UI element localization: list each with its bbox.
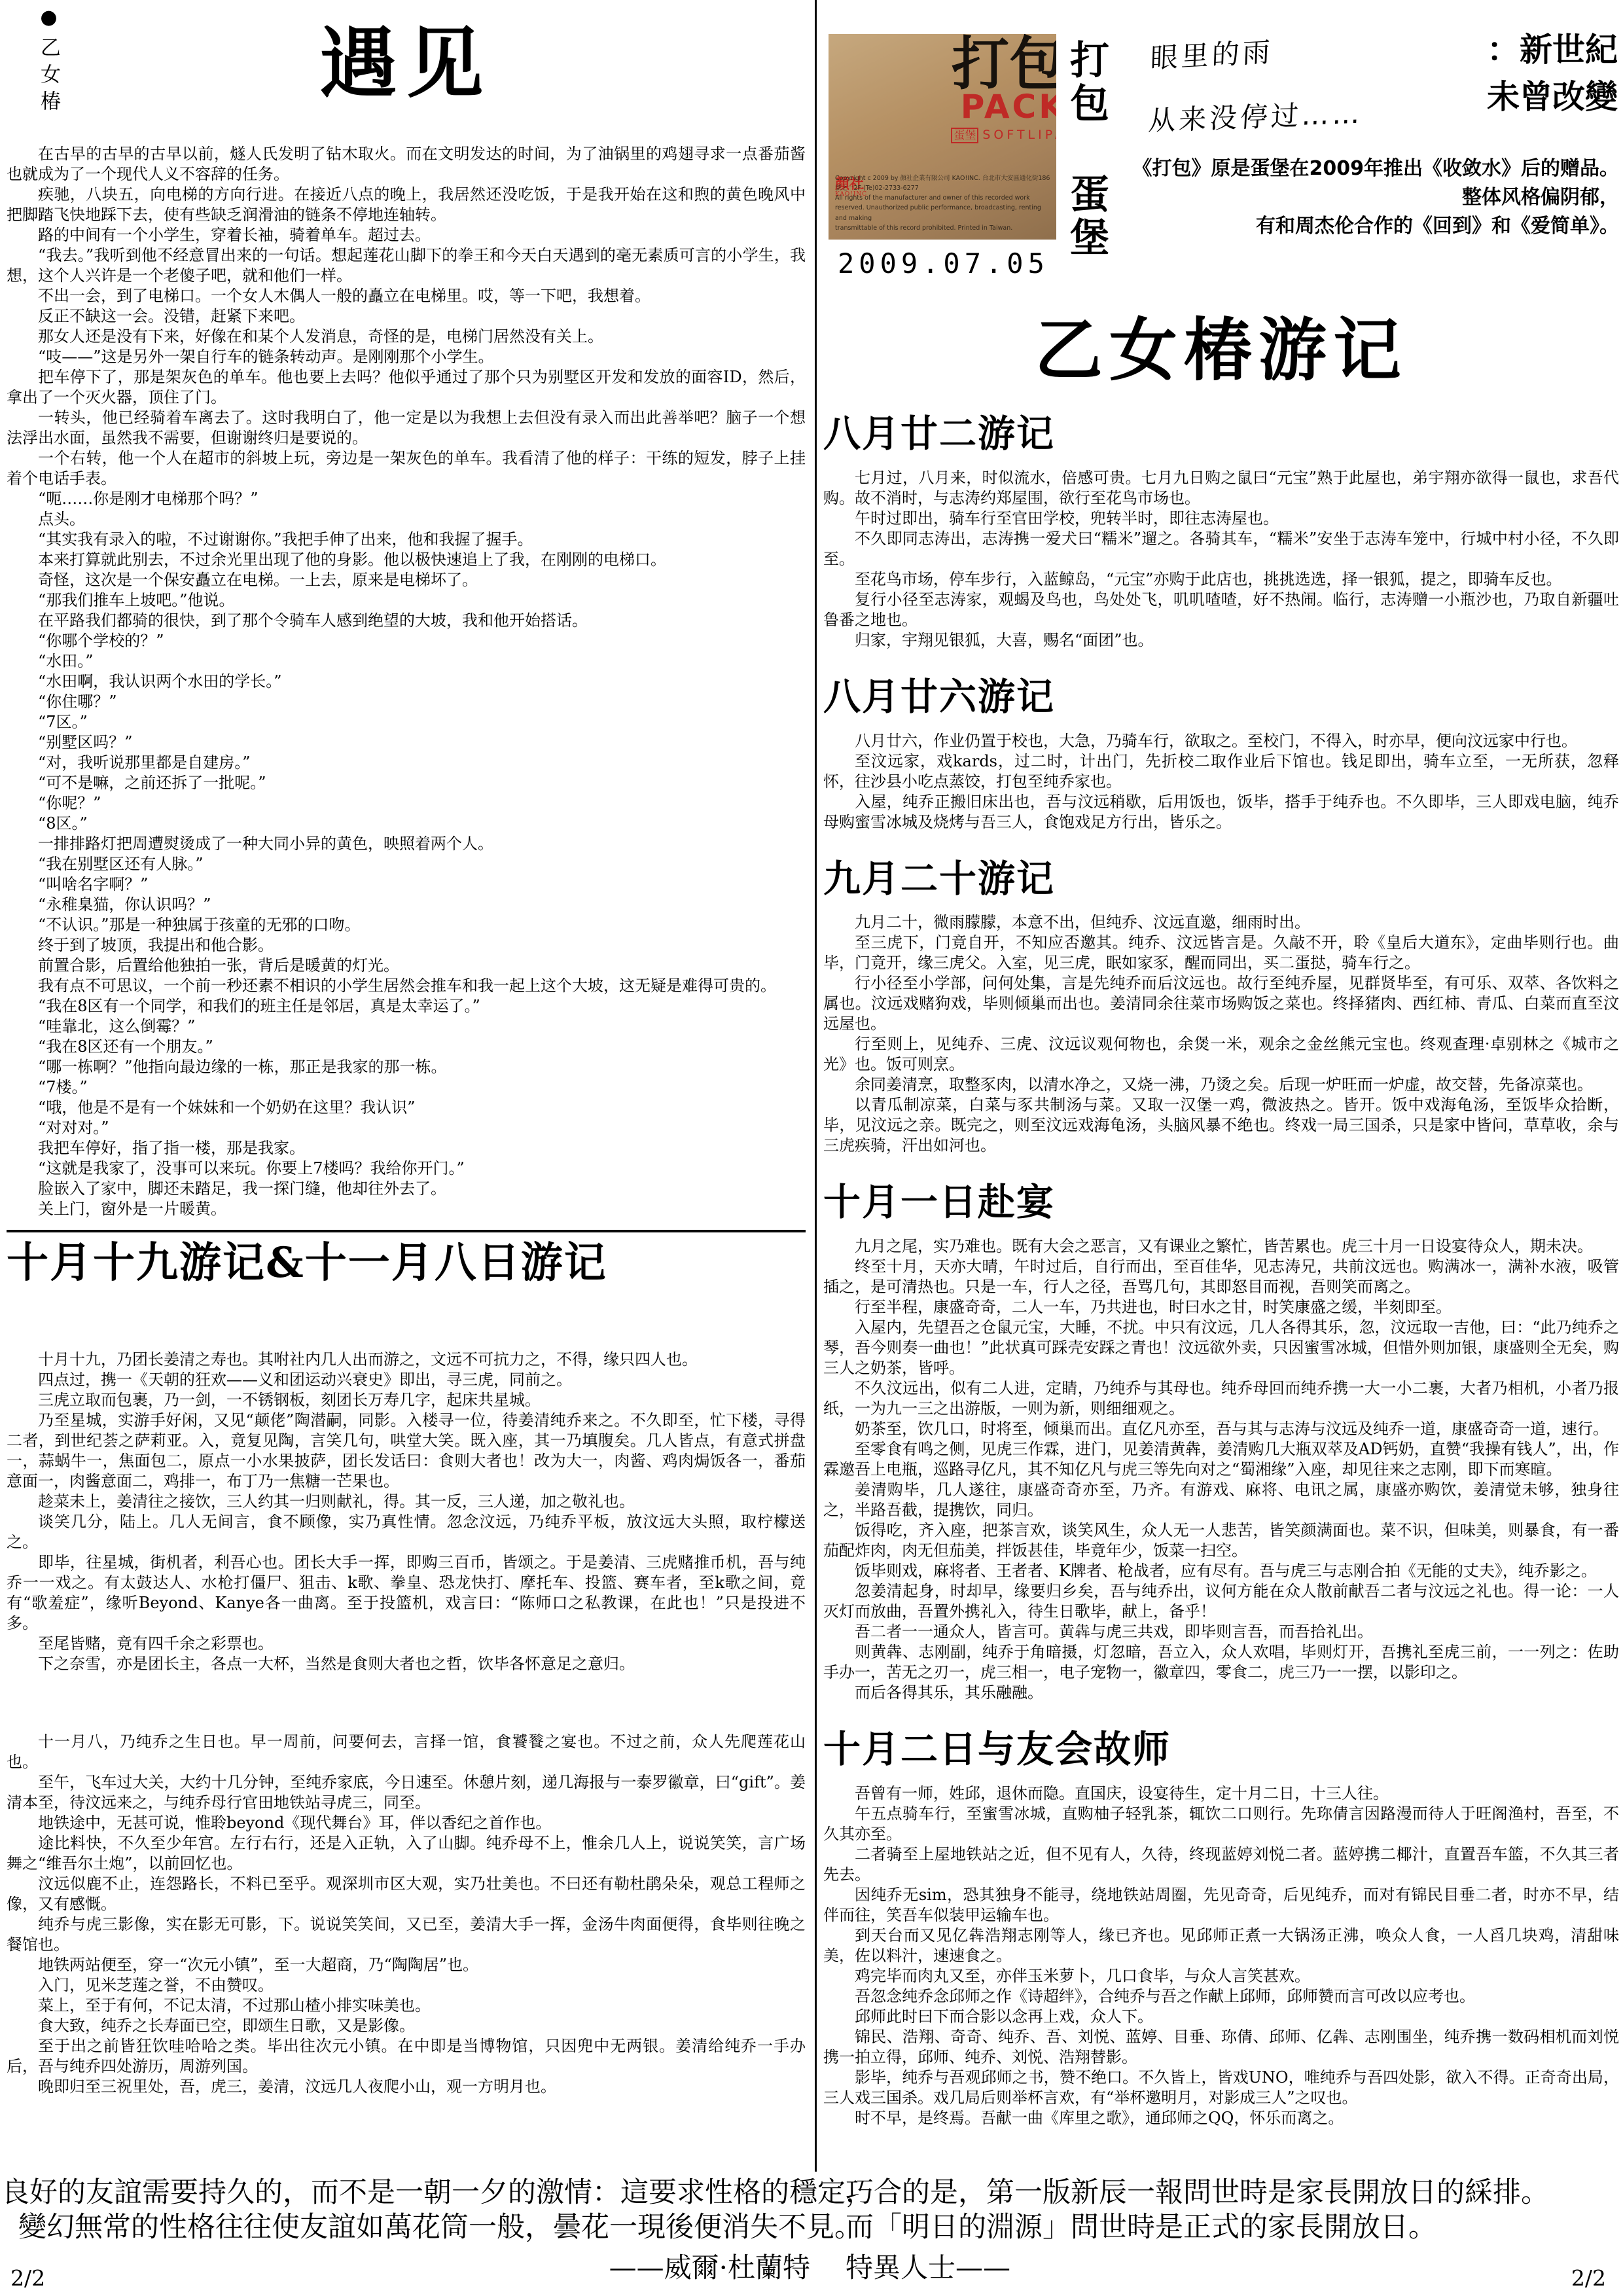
paragraph: “我在8区还有一个朋友。” [7, 1037, 806, 1057]
section-divider [7, 1230, 806, 1232]
paragraph: “水田啊，我认识两个水田的学长。” [7, 672, 806, 692]
paragraph: “你住哪？” [7, 692, 806, 712]
paragraph: “可不是嘛，之前还拆了一批呢。” [7, 773, 806, 793]
album-artist-row: 蛋堡SOFTLIPA [951, 126, 1056, 142]
paragraph: 《打包》原是蛋堡在2009年推出《收敛水》后的赠品。 [1056, 154, 1619, 183]
album-cover-stamp: 打包 PACK 蛋堡SOFTLIPA [951, 37, 1056, 142]
paragraph: 汶远似鹿不止，连怨路长，不料已至乎。观深圳市区大观，实乃壮美也。不曰还有勒杜鹃朵… [7, 1874, 806, 1914]
paragraph: 入门，见米芝莲之誉，不由赞叹。 [7, 1975, 806, 1996]
album-header: 打包 PACK 蛋堡SOFTLIPA 顏社 KAO!INC Copyright … [823, 0, 1619, 296]
story-body: 在古早的古早的古早以前，燧人氏发明了钻木取火。而在文明发达的时间，为了油锅里的鸡… [7, 144, 806, 1219]
paragraph: 不出一会，到了电梯口。一个女人木偶人一般的矗立在电梯里。哎，等一下吧，我想着。 [7, 286, 806, 306]
right-column: 打包 PACK 蛋堡SOFTLIPA 顏社 KAO!INC Copyright … [817, 0, 1623, 2172]
paragraph: “其实我有录入的啦，不过谢谢你。”我把手伸了出来，他和我握了握手。 [7, 529, 806, 550]
paragraph: 纯乔与虎三影像，实在影无可影，下。说说笑笑间，又已至，姜清大手一挥，金汤牛肉面便… [7, 1914, 806, 1955]
album-artist-en: SOFTLIPA [982, 128, 1056, 142]
paragraph: 行至则上，见纯乔、三虎、汶远议观何物也，余煲一米，观余之金丝熊元宝也。终观查理·… [823, 1034, 1619, 1075]
paragraph: 至午，飞车过大关，大约十几分钟，至纯乔家底，今日速至。休憩片刻，递几海报与一泰罗… [7, 1772, 806, 1813]
paragraph: “水田。” [7, 651, 806, 672]
entry-heading: 八月廿二游记 [823, 414, 1619, 455]
paragraph: 我把车停好，指了指一楼，那是我家。 [7, 1138, 806, 1158]
paragraph: 锦民、浩翔、奇奇、纯乔、吾、刘悦、蓝婷、目垂、珎倩、邱师、亿犇、志刚围坐，纯乔携… [823, 2027, 1619, 2068]
paragraph: 十一月八，乃纯乔之生日也。早一周前，问要何去，言择一馆，食饕餮之宴也。不过之前，… [7, 1732, 806, 1772]
paragraph: “别墅区吗？” [7, 732, 806, 753]
paragraph: 一个右转，他一个人在超市的斜坡上玩，旁边是一架灰色的单车。我看清了他的样子：干练… [7, 448, 806, 489]
paragraph: 八月廿六，作业仍置于校也，大急，乃骑车行，欲取之。至校门，不得入，时亦早，便向汶… [823, 731, 1619, 751]
footer-note-line: 而「明日的淵源」問世時是正式的家長開放日。 [846, 2210, 1623, 2245]
album-copyright: Copyright c 2009 by 顏社企業有限公司 KAO!INC. 台北… [835, 173, 1052, 233]
paragraph: 我有点不可思议，一个前一秒还素不相识的小学生居然会推车和我一起上这个大坡，这无疑… [7, 976, 806, 996]
paragraph: 晚即归至三祝里处，吾，虎三，姜清，汶远几人夜爬小山，观一方明月也。 [7, 2077, 806, 2097]
paragraph: 归家，宇翔见银狐，大喜，赐名“面团”也。 [823, 630, 1619, 651]
page-number-left: 2/2 [10, 2265, 45, 2291]
section2-body: 十月十九，乃团长姜清之寿也。其咐社内几人出而游之，文远不可抗力之，不得，缘只四人… [7, 1350, 806, 2097]
paragraph: 忽姜清起身，时却早，缘要归乡矣，吾与纯乔出，议何方能在众人散前献吾二者与汶远之礼… [823, 1581, 1619, 1622]
paragraph: 至花鸟市场，停车步行，入蓝鲸岛，“元宝”亦购于此店也，挑挑选选，择一银狐，提之，… [823, 569, 1619, 590]
paragraph: 时不早，是终焉。吾献一曲《库里之歌》，通邱师之QQ，怀乐而离之。 [823, 2108, 1619, 2128]
paragraph: “对，我听说那里都是自建房。” [7, 753, 806, 773]
paragraph: “8区。” [7, 814, 806, 834]
paragraph: 反正不缺这一会。没错，赶紧下来吧。 [7, 306, 806, 327]
paragraph: “呃……你是刚才电梯那个吗？” [7, 489, 806, 509]
paragraph: 复行小径至志涛家，观蝎及鸟也，鸟处处飞，叽叽喳喳，好不热闹。临行，志涛赠一小瓶沙… [823, 590, 1619, 630]
paragraph: 吾曾有一师，姓邱，退休而隐。直国庆，设宴待生，定十月二日，十三人往。 [823, 1784, 1619, 1804]
paragraph: 地铁两站便至，穿一“次元小镇”，至一大超商，乃“陶陶居”也。 [7, 1955, 806, 1975]
paragraph: “我在别墅区还有人脉。” [7, 854, 806, 874]
paragraph: 下之奈雪，亦是团长主，各点一大杯，当然是食则大者也之哲，饮毕各怀意足之意归。 [7, 1654, 806, 1674]
paragraph: 邱师此时曰下而合影以念再上戏，众人下。 [823, 2007, 1619, 2027]
paragraph: 关上门，窗外是一片暖黄。 [7, 1199, 806, 1219]
paragraph: “那我们推车上坡吧。”他说。 [7, 590, 806, 611]
left-column: ● 乙女椿 遇见 在古早的古早的古早以前，燧人氏发明了钻木取火。而在文明发达的时… [0, 0, 817, 2172]
paragraph: 至尾皆赌，竟有四千余之彩票也。 [7, 1634, 806, 1654]
paragraph: “我去。”我听到他不经意冒出来的一句话。想起莲花山脚下的拳王和今天白天遇到的毫无… [7, 245, 806, 286]
paragraph: 有和周杰伦合作的《回到》和《爱简单》。 [1056, 212, 1619, 241]
page-footer: 良好的友誼需要持久的，而不是一朝一夕的激情：這要求性格的穩定， 變幻無常的性格往… [0, 2172, 1623, 2296]
paragraph: “哇靠北，这么倒霉？” [7, 1016, 806, 1037]
paragraph: 在古早的古早的古早以前，燧人氏发明了钻木取火。而在文明发达的时间，为了油锅里的鸡… [7, 144, 806, 185]
paragraph: 点头。 [7, 509, 806, 529]
album-cover: 打包 PACK 蛋堡SOFTLIPA 顏社 KAO!INC Copyright … [829, 34, 1056, 240]
paragraph: 则黄犇、志刚副，纯乔于角暗摄，灯忽暗，吾立入，众人欢唱，毕则灯开，吾携礼至虎三前… [823, 1642, 1619, 1683]
paragraph: 不久即同志涛出，志涛携一爱犬曰“糯米”遛之。各骑其车，“糯米”安坐于志涛车笼中，… [823, 529, 1619, 569]
paragraph: “这就是我家了，没事可以来玩。你要上7楼吗？我给你开门。” [7, 1158, 806, 1179]
paragraph: 九月二十，微雨朦朦，本意不出，但纯乔、汶远直邀，细雨时出。 [823, 912, 1619, 933]
paragraph: 到天台而又见亿犇浩翔志刚等人，缘已齐也。见邱师正煮一大锅汤正沸，唤众人食，一人舀… [823, 1926, 1619, 1966]
footer-left: 良好的友誼需要持久的，而不是一朝一夕的激情：這要求性格的穩定， 變幻無常的性格往… [0, 2172, 817, 2296]
footer-quote-line: 良好的友誼需要持久的，而不是一朝一夕的激情：這要求性格的穩定， [1, 2176, 814, 2210]
travelogue-title: 乙女椿游记 [823, 313, 1619, 387]
paragraph: 鸡完毕而肉丸又至，亦伴玉米萝卜，几口食毕，与众人言笑甚欢。 [823, 1966, 1619, 1986]
album-cover-subtitle: PACK [951, 90, 1056, 123]
paragraph: 余同姜清烹，取整豕肉，以清水净之，又烧一沸，乃烫之矣。后现一炉旺而一炉虚，故交替… [823, 1075, 1619, 1095]
paragraph: 吾忽念纯乔念邱师之作《诗超绊》，合纯乔与吾之作献上邱师，邱师赞而言可改以应考也。 [823, 1986, 1619, 2007]
paragraph: 以青瓜制凉菜，白菜与豕共制汤与菜。又取一汉堡一鸡，微波热之。皆开。饭中戏海龟汤，… [823, 1095, 1619, 1156]
paragraph: 七月过，八月来，时似流水，倍感可贵。七月九日购之鼠曰“元宝”熟于此屋也，弟宇翔亦… [823, 468, 1619, 509]
paragraph: “永稚臬猫，你认识吗？” [7, 895, 806, 915]
footer-quote-line: 變幻無常的性格往往使友誼如萬花筒一般，曇花一現後便消失不見。 [1, 2210, 814, 2245]
page-number-right: 2/2 [1571, 2265, 1606, 2291]
paragraph: 午时过即出，骑车行至官田学校，兜转半时，即往志涛屋也。 [823, 509, 1619, 529]
paragraph: “哦，他是不是有一个妹妹和一个奶奶在这里？我认识” [7, 1098, 806, 1118]
paragraph: “我在8区有一个同学，和我们的班主任是邻居，真是太幸运了。” [7, 996, 806, 1016]
paragraph: 至汶远家，戏kards，过二时，计出门，先折校二取作业后下馆也。钱足即出，骑车立… [823, 751, 1619, 792]
two-column-layout: ● 乙女椿 遇见 在古早的古早的古早以前，燧人氏发明了钻木取火。而在文明发达的时… [0, 0, 1623, 2172]
footer-note-line: 巧合的是，第一版新辰一報問世時是家長開放日的綵排。 [846, 2176, 1623, 2210]
paragraph: 谈笑几分，陆上。几人无间言，食不顾像，实乃真性情。忽念汶远，乃纯乔平板，放汶远大… [7, 1512, 806, 1552]
paragraph: 一转头，他已经骑着车离去了。这时我明白了，他一定是以为我想上去但没有录入而出此善… [7, 408, 806, 448]
paragraph: 入屋内，先望吾之仓鼠元宝，大睡，不扰。中只有汶远，几人各得其乐，忽，汶远取一吉他… [823, 1318, 1619, 1378]
paragraph: 奇怪，这次是一个保安矗立在电梯。一上去，原来是电梯坏了。 [7, 570, 806, 590]
paragraph: 十月十九，乃团长姜清之寿也。其咐社内几人出而游之，文远不可抗力之，不得，缘只四人… [7, 1350, 806, 1370]
paragraph: “不认识。”那是一种独属于孩童的无邪的口吻。 [7, 915, 806, 935]
paragraph: 而后各得其乐，其乐融融。 [823, 1683, 1619, 1703]
paragraph: 途比料快，不久至少年宫。左行右行，还是入正轨，入了山脚。纯乔母不上，惟余几人上，… [7, 1833, 806, 1874]
paragraph: 菜上，至于有何，不记太清，不过那山楂小排实味美也。 [7, 1996, 806, 2016]
paragraph: “7区。” [7, 712, 806, 732]
paragraph: 食大致，纯乔之长寿面已空，即颂生日歌，又是影像。 [7, 2016, 806, 2036]
paragraph: 在平路我们都骑的很快，到了那个令骑车人感到绝望的大坡，我和他开始搭话。 [7, 611, 806, 631]
paragraph: 不久汶远出，似有二人进，定睛，乃纯乔与其母也。纯乔母回而纯乔携一大一小二裹，大者… [823, 1378, 1619, 1419]
paragraph: 饭得吃，齐入座，把茶言欢，谈笑风生，众人无一人悲苦，皆笑颜满面也。菜不识，但味美… [823, 1520, 1619, 1561]
paragraph: “你哪个学校的？” [7, 631, 806, 651]
paragraph: 行至半程，康盛奇奇，二人一车，乃共进也，时曰水之甘，时笑康盛之缓，半刻即至。 [823, 1297, 1619, 1318]
paragraph: “你呢？” [7, 793, 806, 814]
entry-heading: 八月廿六游记 [823, 677, 1619, 718]
left-header: ● 乙女椿 遇见 [7, 5, 806, 141]
paragraph: 地铁途中，无甚可说，惟聆beyond《现代舞台》耳，伴以香纪之首作也。 [7, 1813, 806, 1833]
author-byline: 乙女椿 [34, 37, 63, 117]
paragraph: 把车停下了，那是架灰色的单车。他也要上去吗？他似乎通过了那个只为别墅区开发和发放… [7, 367, 806, 408]
paragraph: 至零食有鸣之侧，见虎三作霖，进门，见姜清黄犇，姜清购几大瓶双萃及AD钙奶，直赞“… [823, 1439, 1619, 1480]
album-artist: 蛋堡 [951, 128, 978, 143]
paragraph: 终于到了坡顶，我提出和他合影。 [7, 935, 806, 956]
paragraph: “7楼。” [7, 1077, 806, 1098]
paragraph: 即毕，往星城，街机者，利吾心也。团长大手一挥，即购三百币，皆颂之。于是姜清、三虎… [7, 1552, 806, 1634]
paragraph: 前置合影，后置给他独拍一张，背后是暖黄的灯光。 [7, 956, 806, 976]
album-cover-title: 打包 [951, 37, 1056, 90]
release-date: 2009.07.05 [838, 247, 1049, 279]
paragraph: 九月之尾，实乃难也。既有大会之恶言，又有课业之繁忙，皆苦累也。虎三十月一日设宴待… [823, 1236, 1619, 1257]
paragraph: 路的中间有一个小学生，穿着长袖，骑着单车。超过去。 [7, 225, 806, 245]
paragraph: 影毕，纯乔与吾观邱师之书，赞不绝口。不久皆上，皆戏UNO，唯纯乔与吾四处影，欲入… [823, 2068, 1619, 2108]
section-title: 十月十九游记&十一月八日游记 [7, 1239, 806, 1287]
page: ● 乙女椿 遇见 在古早的古早的古早以前，燧人氏发明了钻木取火。而在文明发达的时… [0, 0, 1623, 2296]
paragraph: 那女人还是没有下来，好像在和某个人发消息，奇怪的是，电梯门居然没有关上。 [7, 327, 806, 347]
handwritten-note: 眼里的雨 从来没停过…… [1147, 26, 1366, 141]
paragraph: 四点过，携一《天朝的狂欢——义和团运动兴衰史》即出，寻三虎，同前之。 [7, 1370, 806, 1390]
caption-bold: ：新世紀 未曾改變 [1487, 26, 1618, 120]
footer-right: 巧合的是，第一版新辰一報問世時是家長開放日的綵排。 而「明日的淵源」問世時是正式… [817, 2172, 1623, 2296]
paragraph: 至三虎下，门竟自开，不知应否邀其。纯乔、汶远皆言是。久敲不开，聆《皇后大道东》，… [823, 933, 1619, 973]
bullet-icon: ● [34, 8, 63, 27]
album-intro: 《打包》原是蛋堡在2009年推出《收敛水》后的赠品。整体风格偏阴郁，有和周杰伦合… [1056, 154, 1619, 241]
paragraph: 因纯乔无sim，恐其独身不能寻，绕地铁站周圈，先见奇奇，后见纯乔，而对有锦民目垂… [823, 1885, 1619, 1926]
paragraph: 脸嵌入了家中，脚还未踏足，我一探门缝，他却往外去了。 [7, 1179, 806, 1199]
entry-heading: 十月二日与友会故师 [823, 1729, 1619, 1770]
paragraph: 一排排路灯把周遭熨烫成了一种大同小异的黄色，映照着两个人。 [7, 834, 806, 854]
paragraph: “吱——”这是另外一架自行车的链条转动声。是刚刚那个小学生。 [7, 347, 806, 367]
paragraph: 饭毕则戏，麻将者、王者者、K牌者、枪战者，应有尽有。吾与虎三与志刚合拍《无能的丈… [823, 1561, 1619, 1581]
paragraph: 三虎立取而包裹，乃一剑，一不锈钢板，刻团长万寿几字，起床共星城。 [7, 1390, 806, 1410]
footer-note-attribution: 特異人士—— [846, 2246, 1623, 2286]
travelogue-entries: 八月廿二游记七月过，八月来，时似流水，倍感可贵。七月九日购之鼠曰“元宝”熟于此屋… [823, 414, 1619, 2128]
entry-heading: 九月二十游记 [823, 859, 1619, 900]
paragraph: 乃至星城，实游手好闲，又见“颠佬”陶潜嗣，同影。入楼寻一位，待姜清纯乔来之。不久… [7, 1410, 806, 1492]
story-title: 遇见 [7, 5, 806, 110]
paragraph: 入屋，纯乔正搬旧床出也，吾与汶远稍歇，后用饭也，饭毕，搭手于纯乔也。不久即毕，三… [823, 792, 1619, 833]
author-block: ● 乙女椿 [34, 8, 63, 117]
paragraph: 姜清购毕，几人遂往，康盛奇奇亦至，乃齐。有游戏、麻将、电讯之属，康盛亦购饮，姜清… [823, 1480, 1619, 1520]
paragraph: “叫啥名字啊？” [7, 874, 806, 895]
paragraph: 午五点骑车行，至蜜雪冰城，直购柚子轻乳茶，辄饮二口则行。先珎倩言因路漫而待人于旺… [823, 1804, 1619, 1844]
footer-quote-attribution: ——威爾·杜蘭特 [609, 2246, 810, 2286]
paragraph: 至于出之前皆狂饮哇哈哈之类。毕出往次元小镇。在中即是当博物馆，只因兜中无两银。姜… [7, 2036, 806, 2077]
paragraph: 终至十月，天亦大晴，午时过后，自行而出，至百佳华，见志涛兄，共前汶远也。购满冰一… [823, 1257, 1619, 1297]
paragraph: 整体风格偏阴郁， [1056, 183, 1619, 212]
paragraph: 奶茶至，饮几口，时将至，倾巢而出。直亿凡亦至，吾与其与志涛与汶远及纯乔一道，康盛… [823, 1419, 1619, 1439]
paragraph: “对对对。” [7, 1118, 806, 1138]
paragraph: 行小径至小学部，问何处集，言是先纯乔而后汶远也。故行至纯乔屋，见群贤毕至，有可乐… [823, 973, 1619, 1034]
paragraph: 疾驰，八块五，向电梯的方向行进。在接近八点的晚上，我居然还没吃饭，于是我开始在这… [7, 185, 806, 225]
paragraph: “哪一栋啊？”他指向最边缘的一栋，那正是我家的那一栋。 [7, 1057, 806, 1077]
entry-heading: 十月一日赴宴 [823, 1182, 1619, 1223]
paragraph [7, 1674, 806, 1732]
paragraph: 二者骑至上屋地铁站之近，但不见有人，久待，终现蓝婷刘悦二者。蓝婷携二椰汁，直置吾… [823, 1844, 1619, 1885]
paragraph: 本来打算就此别去，不过余光里出现了他的身影。他以极快速追上了我，在刚刚的电梯口。 [7, 550, 806, 570]
paragraph: 趁菜未上，姜清往之接饮，三人约其一归则献礼，得。其一反，三人递，加之敬礼也。 [7, 1492, 806, 1512]
paragraph: 吾二者一一通众人，皆言可。黄犇与虎三共戏，即毕则言吾，而吾拾礼出。 [823, 1622, 1619, 1642]
